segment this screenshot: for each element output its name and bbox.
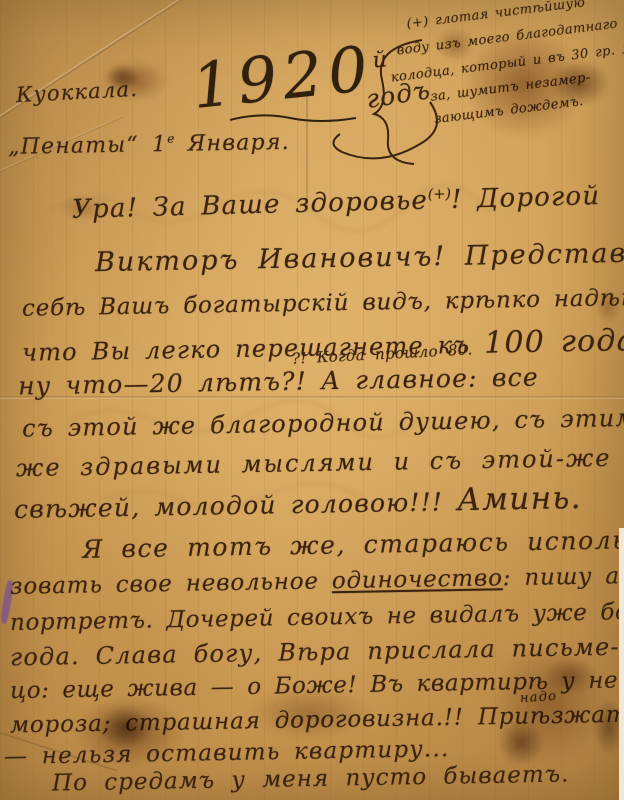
year-heading: 1920й xyxy=(189,30,392,123)
letter-line: мороза; страшная дороговизна.!! Приѣзжат… xyxy=(10,701,624,738)
greeting-pre: Ура! За Ваше здоровье xyxy=(72,186,429,225)
letter-line: себѣ Вашъ богатырскій видъ, крѣпко надѣю… xyxy=(22,284,624,321)
line-text: свѣжей, молодой головою!!! xyxy=(14,487,458,524)
greeting-post: ! Дорогой xyxy=(451,181,601,215)
dateline: „Пенаты“ 1е Января. xyxy=(8,130,290,160)
interline-insertion-nado: надо xyxy=(520,689,558,707)
greeting-line: Ура! За Ваше здоровье(+)! Дорогой xyxy=(72,181,601,225)
year-suffix: й xyxy=(371,47,388,73)
letter-line: же здравыми мыслями и съ этой-же xyxy=(16,444,612,482)
letter-scan: Куоккала. 1920й годъ „Пенаты“ 1е Января.… xyxy=(0,0,624,800)
letter-line: Викторъ Ивановичъ! Представляя xyxy=(95,237,624,278)
place-line: Куоккала. xyxy=(15,77,138,107)
year-number: 1920 xyxy=(189,31,377,123)
letter-line: Я все тотъ же, стараюсь исполь- xyxy=(82,525,624,564)
letter-line: зовать свое невольное одиночество: пишу … xyxy=(10,562,624,600)
letter-line: портретъ. Дочерей своихъ не видалъ уже б… xyxy=(10,598,624,636)
dateline-pre: „Пенаты“ 1 xyxy=(8,132,168,160)
emphasized-100-years: 100 годамъ xyxy=(484,322,624,360)
letter-line: года. Слава богу, Вѣра прислала письме- xyxy=(10,633,620,672)
letter-line: свѣжей, молодой головою!!! Аминь. xyxy=(14,480,582,526)
amen-word: Аминь. xyxy=(457,480,582,518)
line-text: зовать свое невольное xyxy=(10,568,332,600)
underlined-solitude-word: одиночество xyxy=(332,565,503,594)
dateline-post: Января. xyxy=(174,130,290,157)
letter-line: съ этой же благородной душею, съ этими xyxy=(22,403,624,442)
footnote-marker: (+) xyxy=(428,186,452,203)
line-text: : пишу авто- xyxy=(502,562,624,591)
letter-line: ну что—20 лѣтъ?! А главное: все xyxy=(18,362,539,400)
